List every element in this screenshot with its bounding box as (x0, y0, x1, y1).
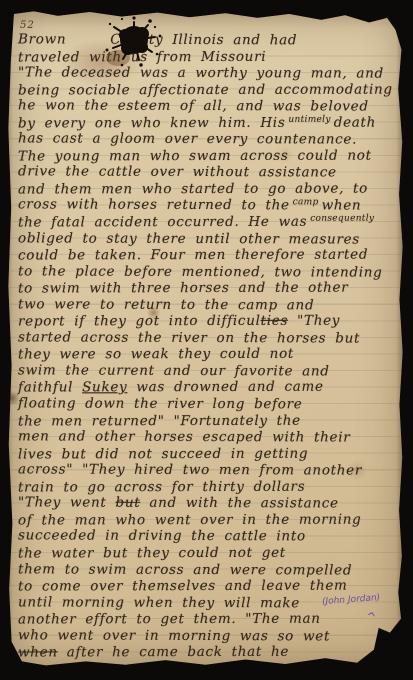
text-segment: cross with horses returned to the (18, 197, 290, 214)
text-segment: when (18, 645, 58, 661)
text-segment: obliged to stay there until other measur… (18, 230, 360, 247)
manuscript-line: men and other horses escaped with their (18, 428, 402, 446)
manuscript-line: the men returned" "Fortunately the (18, 412, 402, 430)
text-segment: "They went (18, 495, 116, 511)
text-segment: the water but they could not get (18, 545, 286, 562)
manuscript-line: two were to return to the camp and (18, 296, 402, 314)
manuscript-line: of the man who went over in the morning (18, 511, 402, 529)
manuscript-line: to the place before mentioned, two inten… (18, 263, 402, 281)
manuscript-line: traveled with us from Missouri (18, 48, 402, 66)
text-segment: succeeded in driving the cattle into (18, 528, 306, 545)
text-segment: The young man who swam across could not (18, 147, 372, 164)
text-segment: ties (261, 313, 289, 329)
manuscript-line: by every one who knew him. Hisuntimelyde… (18, 114, 402, 132)
manuscript-line: the water but they could not get (18, 544, 402, 562)
text-segment: consequently (310, 214, 374, 224)
text-segment: to the place before mentioned, two inten… (18, 263, 383, 280)
manuscript-line: cross with horses returned to thecampwhe… (18, 197, 402, 215)
ink-blot-icon (98, 12, 170, 74)
manuscript-line: report if they got into difficulties "Th… (18, 313, 402, 331)
manuscript-page: 52 BrownCounty Illinois and hadtraveled … (6, 10, 405, 668)
text-segment: "The deceased was a worthy young man, an… (18, 64, 384, 81)
manuscript-line: he won the esteem of all, and was belove… (18, 98, 402, 116)
torn-paper-scrap (382, 626, 405, 655)
manuscript-line: they were so weak they could not (18, 346, 402, 364)
manuscript-line: train to go across for thirty dollars (18, 478, 402, 496)
text-segment: but (115, 495, 140, 511)
text-segment: has cast a gloom over every countenance. (18, 131, 357, 148)
manuscript-line: has cast a gloom over every countenance. (18, 131, 402, 149)
manuscript-line: being sociable affectionate and accommod… (18, 81, 402, 99)
text-segment: faithful (18, 380, 82, 396)
text-segment: two were to return to the camp and (18, 296, 314, 313)
manuscript-line: succeeded in driving the cattle into (18, 528, 402, 546)
text-segment: and with the assistance (140, 495, 338, 512)
manuscript-line: The young man who swam across could not (18, 147, 402, 165)
text-segment: death (334, 114, 376, 130)
text-segment: after he came back that he (58, 644, 289, 661)
text-segment: until morning when they will make (18, 594, 300, 611)
text-segment: by every one who knew him. His (18, 115, 285, 132)
manuscript-line: floating down the river long before (18, 395, 402, 413)
text-segment: lives but did not succeed in getting (18, 445, 308, 462)
text-segment: started across the river on the horses b… (18, 329, 360, 346)
manuscript-line: and them men who started to go above, to (18, 180, 402, 198)
text-segment: Brown (18, 31, 66, 47)
manuscript-line: across" "They hired two men from another (18, 462, 402, 480)
text-segment: Sukey (82, 380, 127, 396)
text-segment: them to swim across and were compelled (18, 561, 352, 578)
manuscript-line: could be taken. Four men therefore start… (18, 247, 402, 265)
manuscript-line: obliged to stay there until other measur… (18, 230, 402, 248)
text-segment: they were so weak they could not (18, 346, 294, 363)
manuscript-line: another effort to get them. "The man (18, 611, 402, 629)
text-segment: the fatal accident occurred. He was (18, 214, 307, 231)
text-segment: and them men who started to go above, to (18, 181, 368, 198)
manuscript-lines: BrownCounty Illinois and hadtraveled wit… (18, 32, 402, 661)
manuscript-line: drive the cattle over without assistance (18, 164, 402, 182)
text-segment: when (322, 198, 362, 214)
text-segment: another effort to get them. "The man (18, 611, 321, 628)
text-segment: camp (293, 198, 319, 208)
manuscript-line: "The deceased was a worthy young man, an… (18, 64, 402, 82)
text-segment: men and other horses escaped with their (18, 428, 350, 445)
manuscript-line: when after he came back that he (18, 644, 402, 662)
text-segment: across" "They hired two men from another (18, 462, 362, 479)
text-segment: "They (288, 313, 340, 329)
text-segment: train to go across for thirty dollars (18, 479, 305, 496)
text-segment: report if they got into difficul (18, 313, 261, 330)
manuscript-line: swim the current and our favorite and (18, 362, 402, 380)
manuscript-line: "They went but and with the assistance (18, 495, 402, 513)
text-segment: being sociable affectionate and accommod… (18, 81, 393, 98)
page-number: 52 (20, 20, 35, 31)
text-segment: the men returned" "Fortunately the (18, 412, 301, 429)
text-segment: floating down the river long before (18, 395, 303, 412)
manuscript-line: lives but did not succeed in getting (18, 445, 402, 463)
text-segment: to swim with three horses and the other (18, 280, 348, 297)
text-segment: who went over in morning was so wet (18, 627, 330, 644)
manuscript-line: to come over themselves and leave them (18, 578, 402, 596)
photo-background: 52 BrownCounty Illinois and hadtraveled … (0, 0, 413, 680)
text-segment: untimely (288, 114, 330, 124)
manuscript-line: faithful Sukey was drowned and came (18, 379, 402, 397)
text-segment: of the man who went over in the morning (18, 511, 362, 528)
manuscript-line: who went over in morning was so wet (18, 627, 402, 645)
text-segment: to come over themselves and leave them (18, 578, 348, 595)
manuscript-line: started across the river on the horses b… (18, 329, 402, 347)
manuscript-line: to swim with three horses and the other (18, 280, 402, 298)
manuscript-line: the fatal accident occurred. He wasconse… (18, 214, 402, 232)
text-segment: was drowned and came (127, 379, 323, 396)
manuscript-line: BrownCounty Illinois and had (18, 31, 402, 49)
text-segment: drive the cattle over without assistance (18, 164, 337, 181)
text-segment: could be taken. Four men therefore start… (18, 247, 368, 264)
manuscript-line: them to swim across and were compelled (18, 561, 402, 579)
text-segment: swim the current and our favorite and (18, 362, 330, 379)
text-segment: he won the esteem of all, and was belove… (18, 98, 369, 115)
